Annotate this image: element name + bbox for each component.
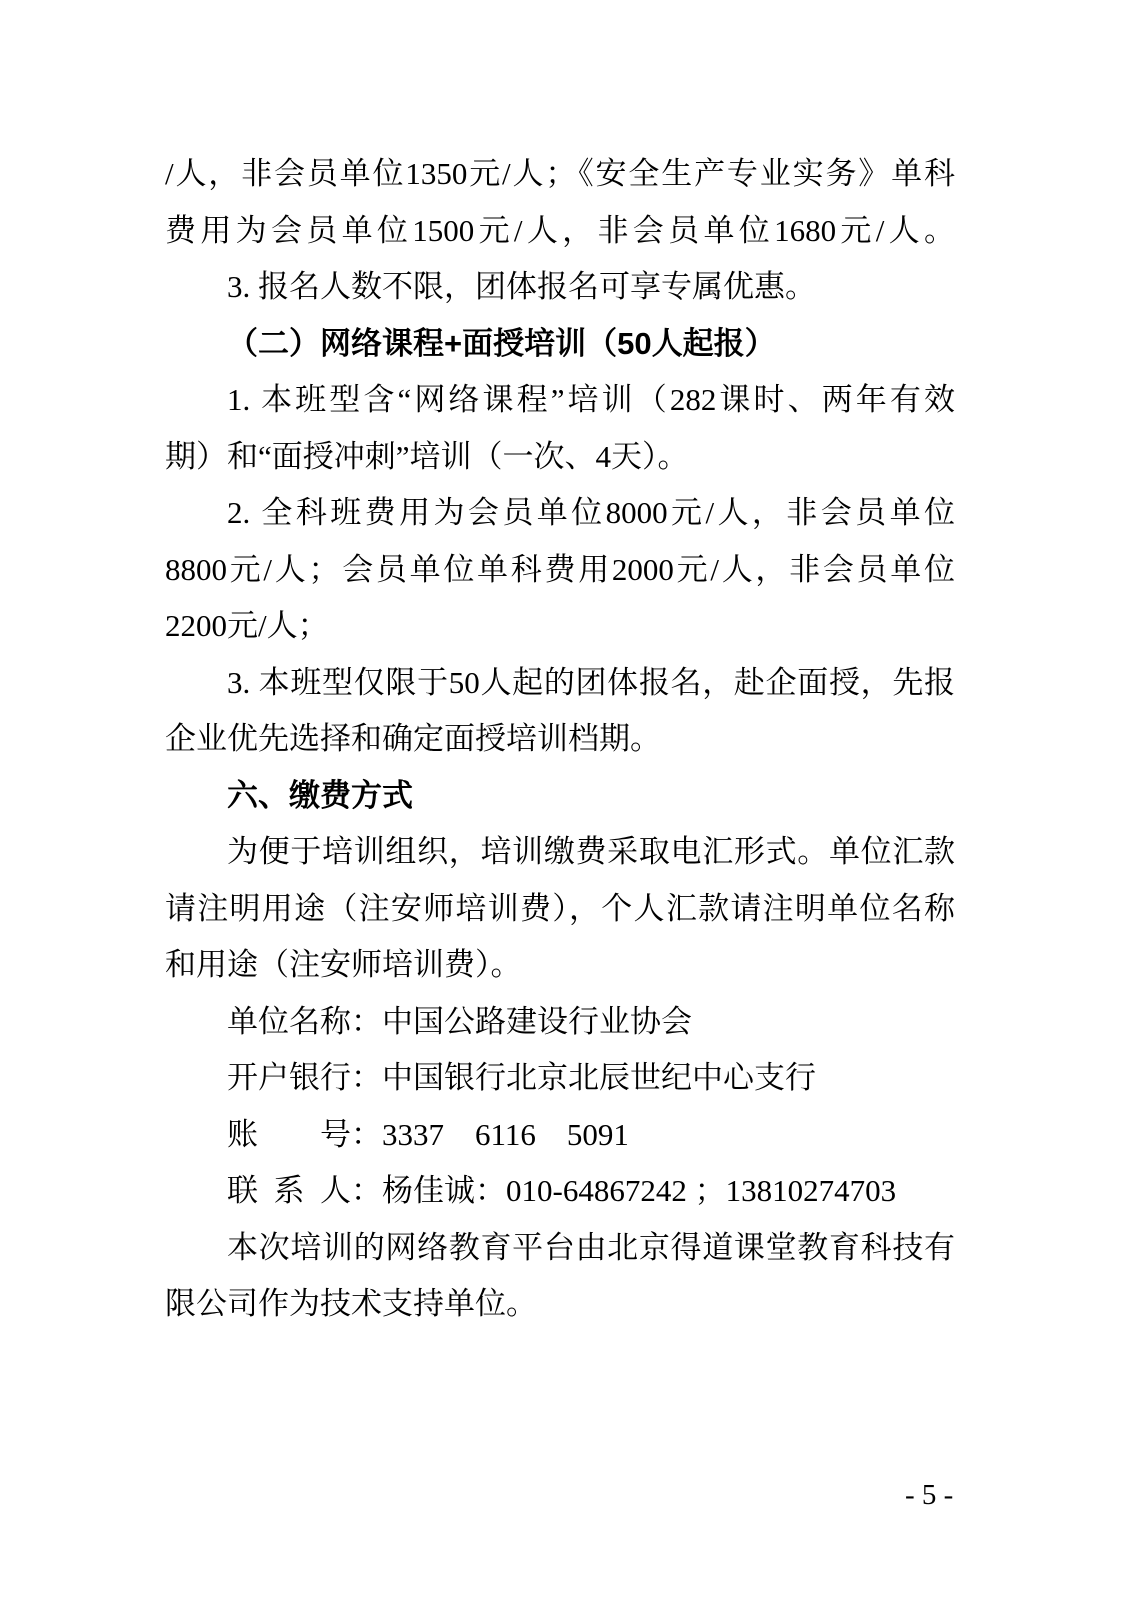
text-line: 3. 本班型仅限于50人起的团体报名，赴企面授，先报	[165, 655, 955, 712]
text-line: 账 号：3337 6116 5091	[165, 1107, 955, 1164]
text-line: 为便于培训组织，培训缴费采取电汇形式。单位汇款	[165, 824, 955, 881]
text-line: 本次培训的网络教育平台由北京得道课堂教育科技有	[165, 1220, 955, 1277]
text-line: 单位名称：中国公路建设行业协会	[165, 994, 955, 1051]
document-page: /人，非会员单位1350元/人；《安全生产专业实务》单科费用为会员单位1500元…	[0, 0, 1131, 1600]
text-line: 请注明用途（注安师培训费），个人汇款请注明单位名称	[165, 881, 955, 938]
text-line: 联 系 人：杨佳诚：010-64867242 ；13810274703	[165, 1163, 955, 1220]
section-heading: （二）网络课程+面授培训（50人起报）	[165, 316, 955, 373]
text-line: 1. 本班型含“网络课程”培训（282课时、两年有效	[165, 372, 955, 429]
text-line: 企业优先选择和确定面授培训档期。	[165, 711, 955, 768]
section-heading: 六、缴费方式	[165, 768, 955, 825]
text-line: 限公司作为技术支持单位。	[165, 1276, 955, 1333]
document-body: /人，非会员单位1350元/人；《安全生产专业实务》单科费用为会员单位1500元…	[165, 146, 955, 1333]
page-number: - 5 -	[905, 1478, 953, 1512]
text-line: 开户银行：中国银行北京北辰世纪中心支行	[165, 1050, 955, 1107]
text-line: 3. 报名人数不限，团体报名可享专属优惠。	[165, 259, 955, 316]
text-line: 和用途（注安师培训费）。	[165, 937, 955, 994]
text-line: /人，非会员单位1350元/人；《安全生产专业实务》单科	[165, 146, 955, 203]
text-line: 2. 全科班费用为会员单位8000元/人，非会员单位	[165, 485, 955, 542]
text-line: 期）和“面授冲刺”培训（一次、4天）。	[165, 429, 955, 486]
text-line: 8800元/人；会员单位单科费用2000元/人，非会员单位	[165, 542, 955, 599]
text-line: 2200元/人；	[165, 598, 955, 655]
text-line: 费用为会员单位1500元/人，非会员单位1680元/人。	[165, 203, 955, 260]
